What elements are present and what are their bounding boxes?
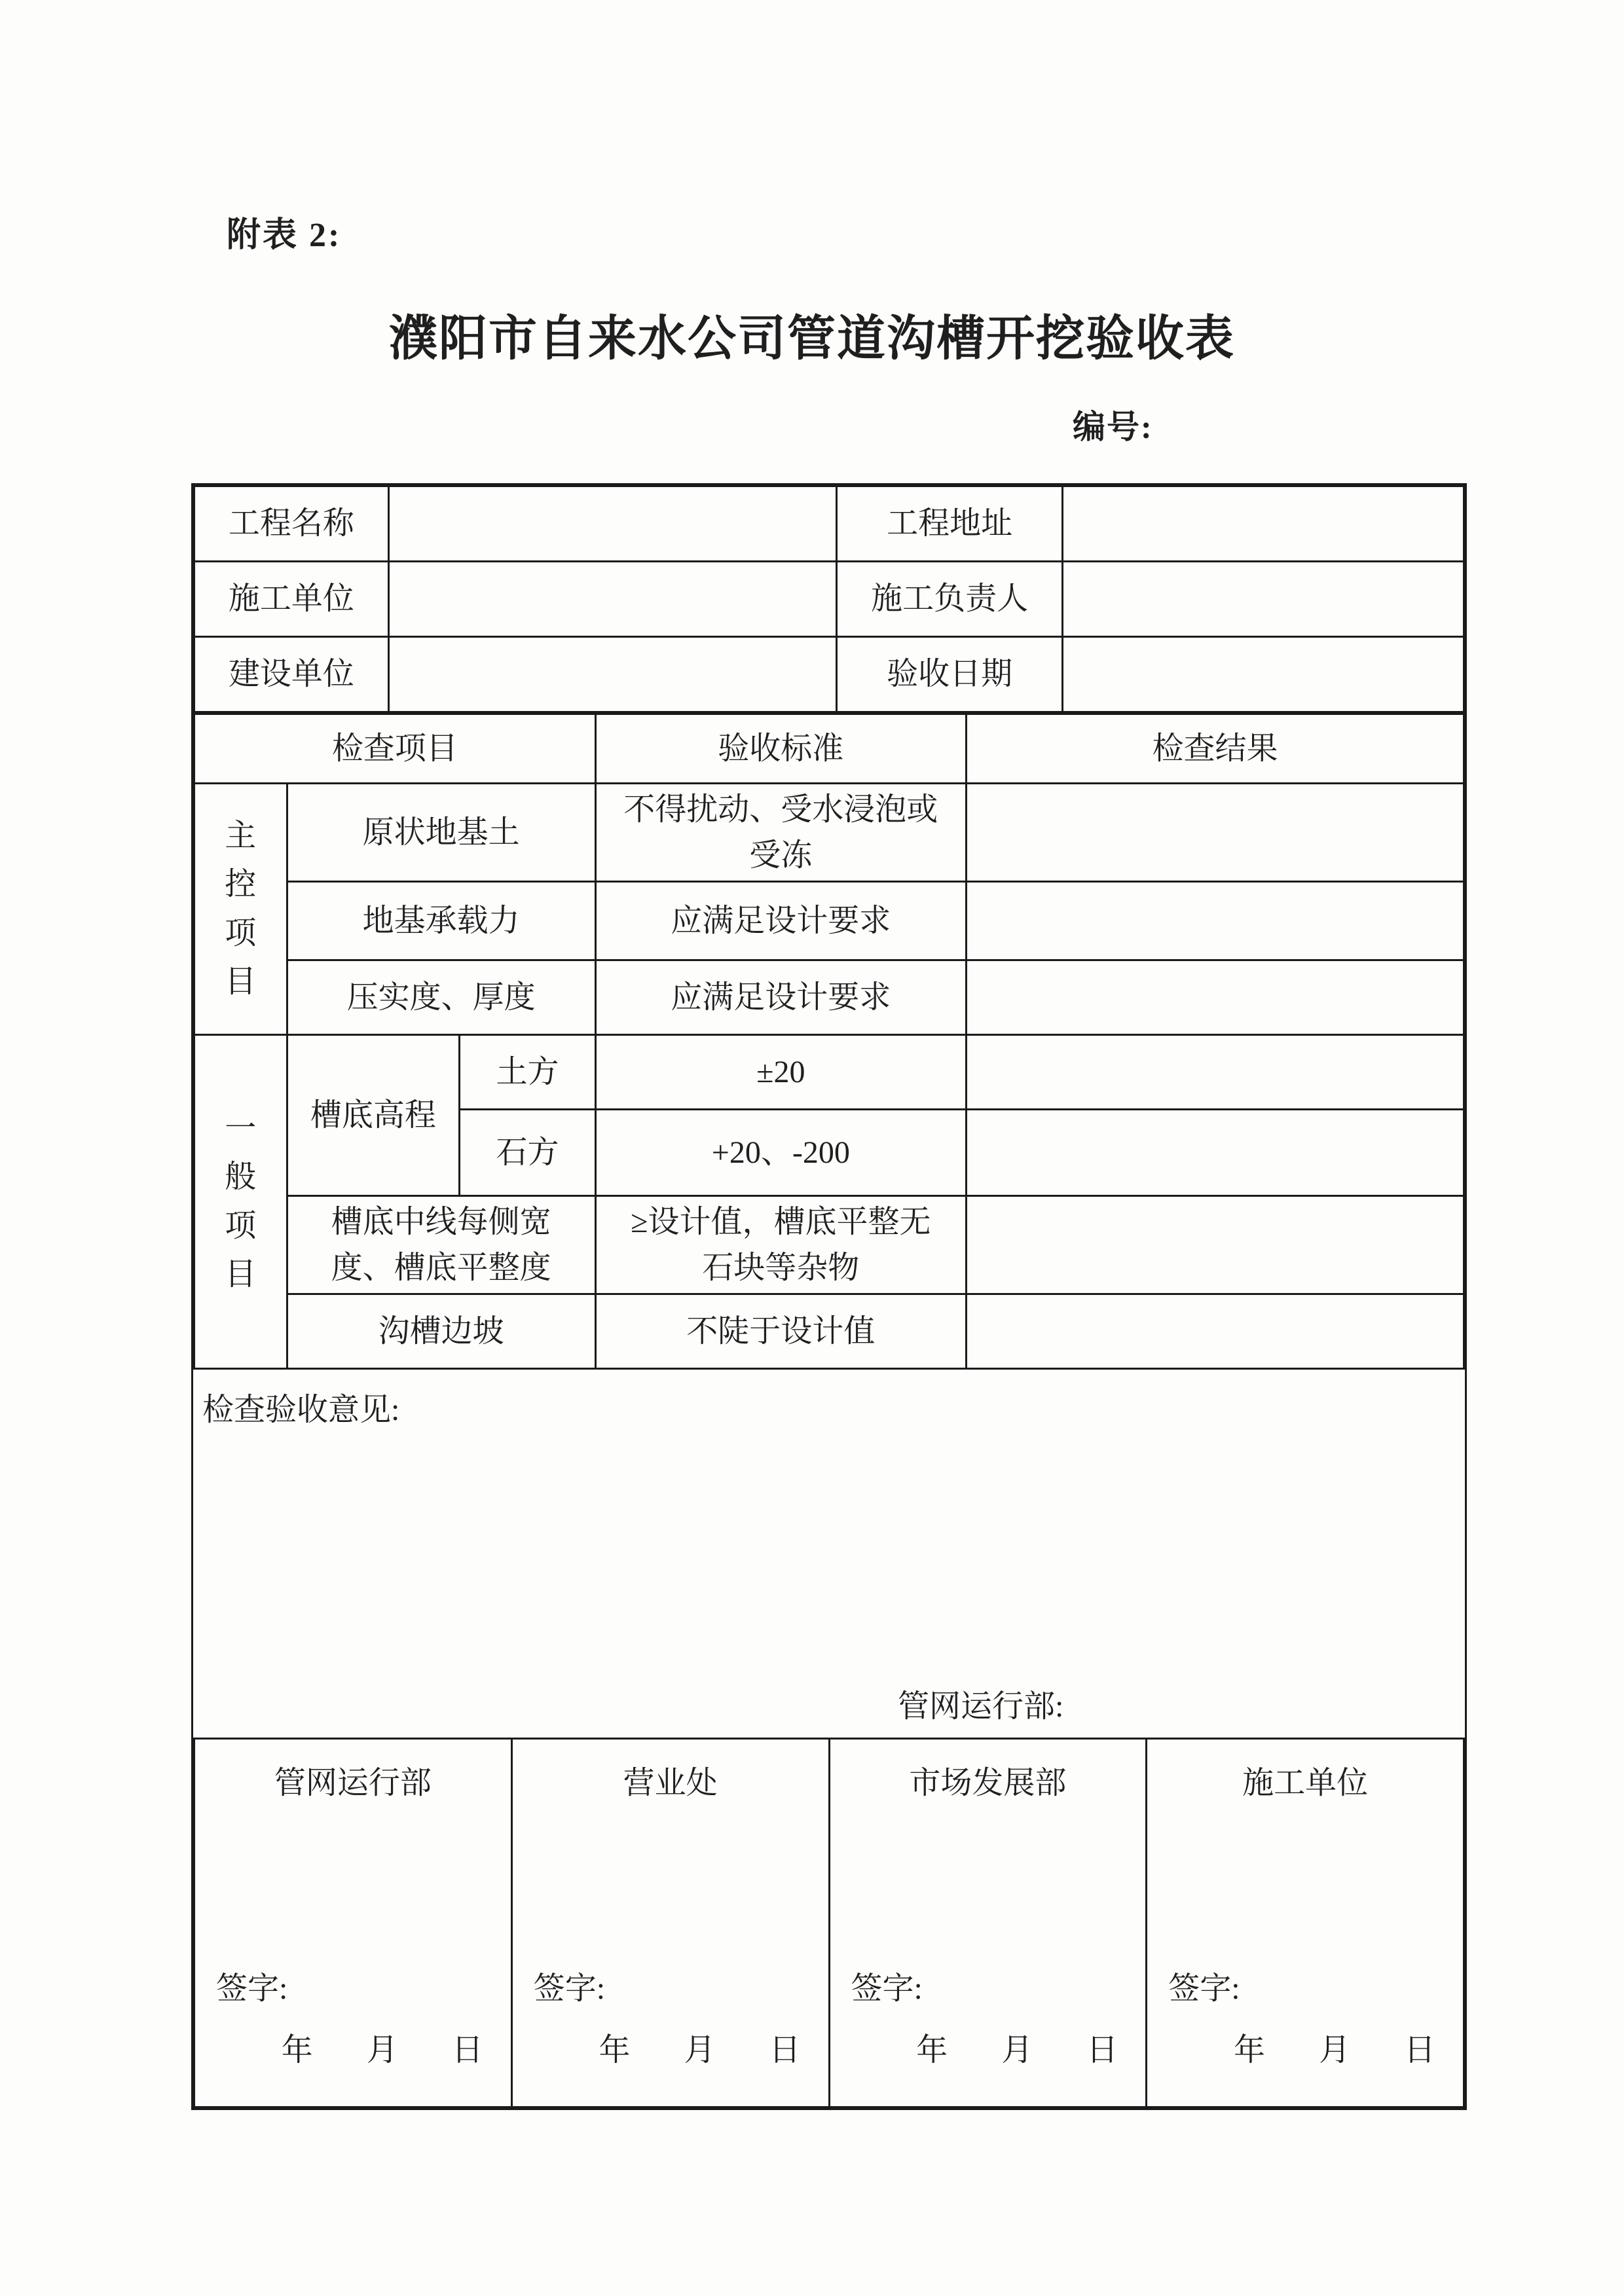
inspection-header-row: 检查项目 验收标准 检查结果	[194, 714, 1464, 784]
date-line: 年 月 日	[202, 2028, 504, 2073]
signature-cell-pipe-network-dept: 管网运行部 签字: 年 月 日	[194, 1739, 512, 2107]
standard-bearing-capacity: 应满足设计要求	[595, 882, 966, 960]
signature-cell-business-office: 营业处 签字: 年 月 日	[511, 1739, 829, 2107]
sign-label: 签字:	[216, 1966, 287, 2012]
dept-name: 管网运行部	[202, 1742, 504, 1806]
item-trench-slope: 沟槽边坡	[287, 1294, 595, 1369]
subitem-earthwork: 土方	[460, 1035, 595, 1110]
signature-table: 管网运行部 签字: 年 月 日 营业处 签字: 年	[193, 1738, 1465, 2108]
standard-trench-slope: 不陡于设计值	[595, 1294, 966, 1369]
month-label: 月	[1001, 2028, 1033, 2073]
construction-manager-value	[1063, 562, 1464, 637]
standard-rockwork: +20、-200	[595, 1110, 966, 1196]
year-label: 年	[599, 2028, 630, 2073]
project-address-value	[1063, 486, 1464, 562]
table-row: 地基承载力 应满足设计要求	[194, 882, 1464, 960]
month-label: 月	[684, 2028, 715, 2073]
dept-name: 营业处	[519, 1742, 822, 1806]
table-row: 压实度、厚度 应满足设计要求	[194, 960, 1464, 1035]
signature-cell-market-dev-dept: 市场发展部 签字: 年 月 日	[829, 1739, 1147, 2107]
appendix-label: 附表 2:	[227, 207, 341, 256]
construction-unit-value	[388, 562, 836, 637]
date-line: 年 月 日	[519, 2028, 822, 2073]
table-row: 建设单位 验收日期	[194, 637, 1464, 712]
year-label: 年	[1234, 2028, 1265, 2073]
result-cell	[966, 1294, 1464, 1369]
year-label: 年	[916, 2028, 948, 2073]
date-line: 年 月 日	[1154, 2028, 1456, 2073]
scanned-form-page: 附表 2: 濮阳市自来水公司管道沟槽开挖验收表 编号: 工程名称 工程地址 施工…	[0, 0, 1624, 2296]
page-title: 濮阳市自来水公司管道沟槽开挖验收表	[0, 300, 1624, 369]
acceptance-date-label: 验收日期	[837, 637, 1063, 712]
table-row: 沟槽边坡 不陡于设计值	[194, 1294, 1464, 1369]
result-cell	[966, 1196, 1464, 1294]
dept-name: 施工单位	[1154, 1742, 1456, 1806]
standard-compaction-thickness: 应满足设计要求	[595, 960, 966, 1035]
date-line: 年 月 日	[837, 2028, 1139, 2073]
result-cell	[966, 960, 1464, 1035]
item-original-foundation-soil: 原状地基土	[287, 784, 595, 882]
result-cell	[966, 1110, 1464, 1196]
inspection-table: 检查项目 验收标准 检查结果 主控项目 原状地基土 不得扰动、受水浸泡或受冻 地…	[193, 713, 1465, 1370]
opinion-section: 检查验收意见: 管网运行部:	[193, 1370, 1465, 1738]
serial-number-label: 编号:	[1073, 401, 1153, 448]
pipe-network-dept-note: 管网运行部:	[898, 1681, 1063, 1726]
result-cell	[966, 882, 1464, 960]
item-trench-bottom-elevation: 槽底高程	[287, 1035, 460, 1196]
signature-row: 管网运行部 签字: 年 月 日 营业处 签字: 年	[194, 1739, 1464, 2107]
standard-centerline-width-flatness: ≥设计值，槽底平整无石块等杂物	[595, 1196, 966, 1294]
result-cell	[966, 1035, 1464, 1110]
item-centerline-width-flatness: 槽底中线每侧宽度、槽底平整度	[287, 1196, 595, 1294]
month-label: 月	[1319, 2028, 1350, 2073]
acceptance-date-value	[1063, 637, 1464, 712]
item-bearing-capacity: 地基承载力	[287, 882, 595, 960]
acceptance-standard-header: 验收标准	[595, 714, 966, 784]
sign-label: 签字:	[534, 1966, 605, 2012]
year-label: 年	[282, 2028, 313, 2073]
acceptance-form: 工程名称 工程地址 施工单位 施工负责人 建设单位 验收日期	[191, 483, 1467, 2110]
table-row: 施工单位 施工负责人	[194, 562, 1464, 637]
day-label: 日	[769, 2028, 800, 2073]
subitem-rockwork: 石方	[460, 1110, 595, 1196]
project-info-table: 工程名称 工程地址 施工单位 施工负责人 建设单位 验收日期	[193, 485, 1465, 713]
day-label: 日	[452, 2028, 483, 2073]
construction-unit-label: 施工单位	[194, 562, 389, 637]
sign-label: 签字:	[851, 1966, 923, 2012]
table-row: 工程名称 工程地址	[194, 486, 1464, 562]
table-row: 一般项目 槽底高程 土方 ±20	[194, 1035, 1464, 1110]
owner-unit-value	[388, 637, 836, 712]
signature-cell-construction-unit: 施工单位 签字: 年 月 日	[1147, 1739, 1464, 2107]
check-result-header: 检查结果	[966, 714, 1464, 784]
project-address-label: 工程地址	[837, 486, 1063, 562]
dept-name: 市场发展部	[837, 1742, 1139, 1806]
check-item-header: 检查项目	[194, 714, 596, 784]
table-row: 主控项目 原状地基土 不得扰动、受水浸泡或受冻	[194, 784, 1464, 882]
owner-unit-label: 建设单位	[194, 637, 389, 712]
main-control-group-label: 主控项目	[194, 784, 287, 1035]
project-name-label: 工程名称	[194, 486, 389, 562]
item-compaction-thickness: 压实度、厚度	[287, 960, 595, 1035]
sign-label: 签字:	[1168, 1966, 1240, 2012]
construction-manager-label: 施工负责人	[837, 562, 1063, 637]
standard-original-foundation-soil: 不得扰动、受水浸泡或受冻	[595, 784, 966, 882]
project-name-value	[388, 486, 836, 562]
opinion-label: 检查验收意见:	[202, 1384, 1456, 1429]
standard-earthwork: ±20	[595, 1035, 966, 1110]
day-label: 日	[1086, 2028, 1118, 2073]
result-cell	[966, 784, 1464, 882]
table-row: 槽底中线每侧宽度、槽底平整度 ≥设计值，槽底平整无石块等杂物	[194, 1196, 1464, 1294]
month-label: 月	[367, 2028, 398, 2073]
day-label: 日	[1404, 2028, 1435, 2073]
general-group-label: 一般项目	[194, 1035, 287, 1369]
